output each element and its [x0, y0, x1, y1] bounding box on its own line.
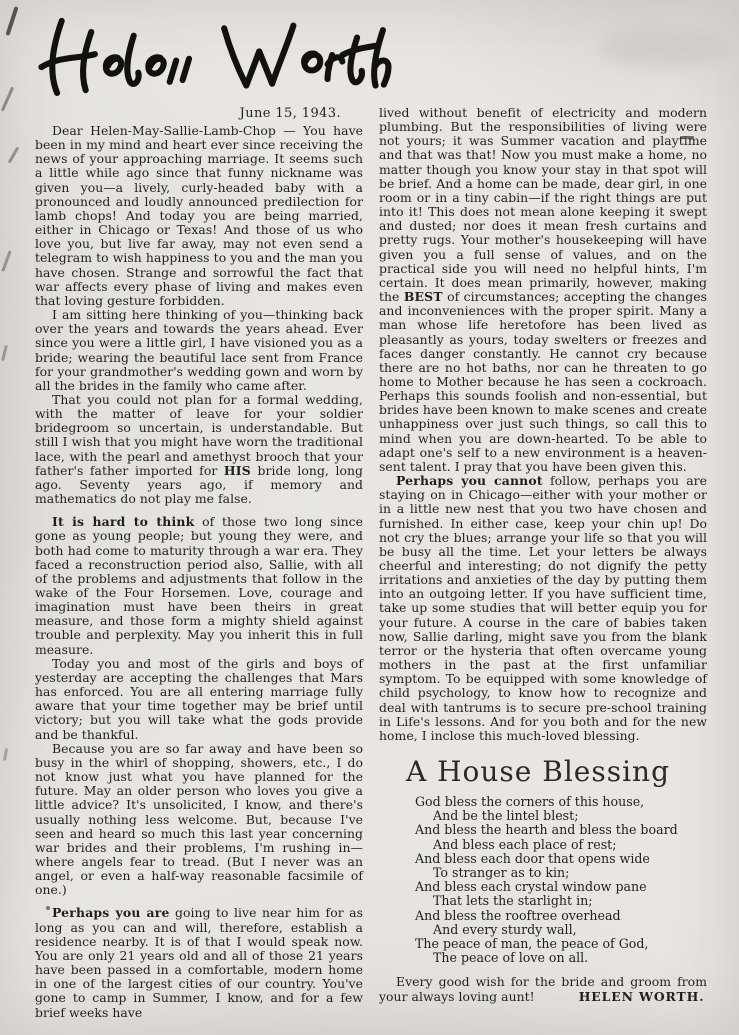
poem-line: God bless the corners of this house, [379, 795, 707, 809]
letter-paragraph-8: lived without benefit of electricity and… [379, 106, 707, 474]
poem-line: The peace of man, the peace of God, [379, 937, 707, 951]
letter-paragraph-9: Perhaps you cannot follow, perhaps you a… [379, 474, 707, 743]
letter-paragraph-6: Because you are so far away and have bee… [35, 742, 363, 898]
poem-line: And bless each crystal window pane [379, 880, 707, 894]
letter-paragraph-7: Perhaps you are going to live near him f… [35, 906, 363, 1019]
poem-line: That lets the starlight in; [379, 894, 707, 908]
scan-artifact [1, 345, 8, 361]
poem-line: And bless the hearth and bless the board [379, 823, 707, 837]
letter-paragraph-5: Today you and most of the girls and boys… [35, 657, 363, 742]
paragraph-text: of circumstances; accepting the changes … [379, 289, 707, 474]
dateline: June 15, 1943. [35, 106, 363, 121]
house-blessing-poem: God bless the corners of this house, And… [379, 795, 707, 965]
scan-artifact [1, 250, 11, 272]
handwritten-signature-helen-worth: Helen Worth [34, 8, 394, 104]
poem-title: A House Blessing [379, 755, 697, 788]
left-column: June 15, 1943. Dear Helen-May-Sallie-Lam… [35, 106, 363, 1031]
letter-body: June 15, 1943. Dear Helen-May-Sallie-Lam… [35, 106, 707, 1031]
paragraph-text: lived without benefit of electricity and… [379, 105, 707, 304]
poem-line: And bless the rooftree overhead [379, 909, 707, 923]
letter-paragraph-1: Dear Helen-May-Sallie-Lamb-Chop — You ha… [35, 124, 363, 308]
scanned-letter-page: Helen Worth June 15, 1943. Dear Helen-Ma… [0, 0, 739, 1035]
poem-line: And every sturdy wall, [379, 923, 707, 937]
poem-line: To stranger as to kin; [379, 866, 707, 880]
scan-artifact [3, 748, 8, 761]
bold-lead-in: Perhaps you are [52, 905, 170, 920]
poem-line: And be the lintel blest; [379, 809, 707, 823]
scan-artifact [1, 87, 14, 112]
letter-paragraph-3: That you could not plan for a formal wed… [35, 393, 363, 506]
paragraph-text: Today you and most of the girls and boys… [35, 656, 363, 742]
letter-paragraph-2: I am sitting here thinking of you—thinki… [35, 308, 363, 393]
closing-paragraph: Every good wish for the bride and groom … [379, 975, 707, 1003]
paragraph-text: going to live near him for as long as yo… [35, 905, 363, 1019]
right-column: lived without benefit of electricity and… [379, 106, 707, 1031]
bold-lead-in: Perhaps you cannot [396, 473, 543, 488]
paragraph-text: Dear Helen-May-Sallie-Lamb-Chop — You ha… [35, 123, 363, 308]
poem-line: And bless each door that opens wide [379, 852, 707, 866]
bleedthrough-smudge [600, 28, 730, 68]
poem-line: And bless each place of rest; [379, 838, 707, 852]
letter-paragraph-4: It is hard to think of those two long si… [35, 515, 363, 657]
signoff-name: HELEN WORTH. [579, 989, 705, 1004]
paragraph-text: follow, perhaps you are staying on in Ch… [379, 473, 707, 743]
paragraph-text: I am sitting here thinking of you—thinki… [35, 307, 363, 393]
paragraph-text: of those two long since gone as young pe… [35, 514, 363, 656]
emphasized-word: HIS [224, 463, 251, 478]
scan-artifact [8, 146, 20, 163]
paragraph-text: Because you are so far away and have bee… [35, 741, 363, 898]
bold-lead-in: It is hard to think [52, 514, 194, 529]
poem-line: The peace of love on all. [379, 951, 707, 965]
emphasized-word: BEST [404, 289, 443, 304]
scan-artifact [5, 6, 18, 36]
signature-drawing [34, 8, 394, 104]
